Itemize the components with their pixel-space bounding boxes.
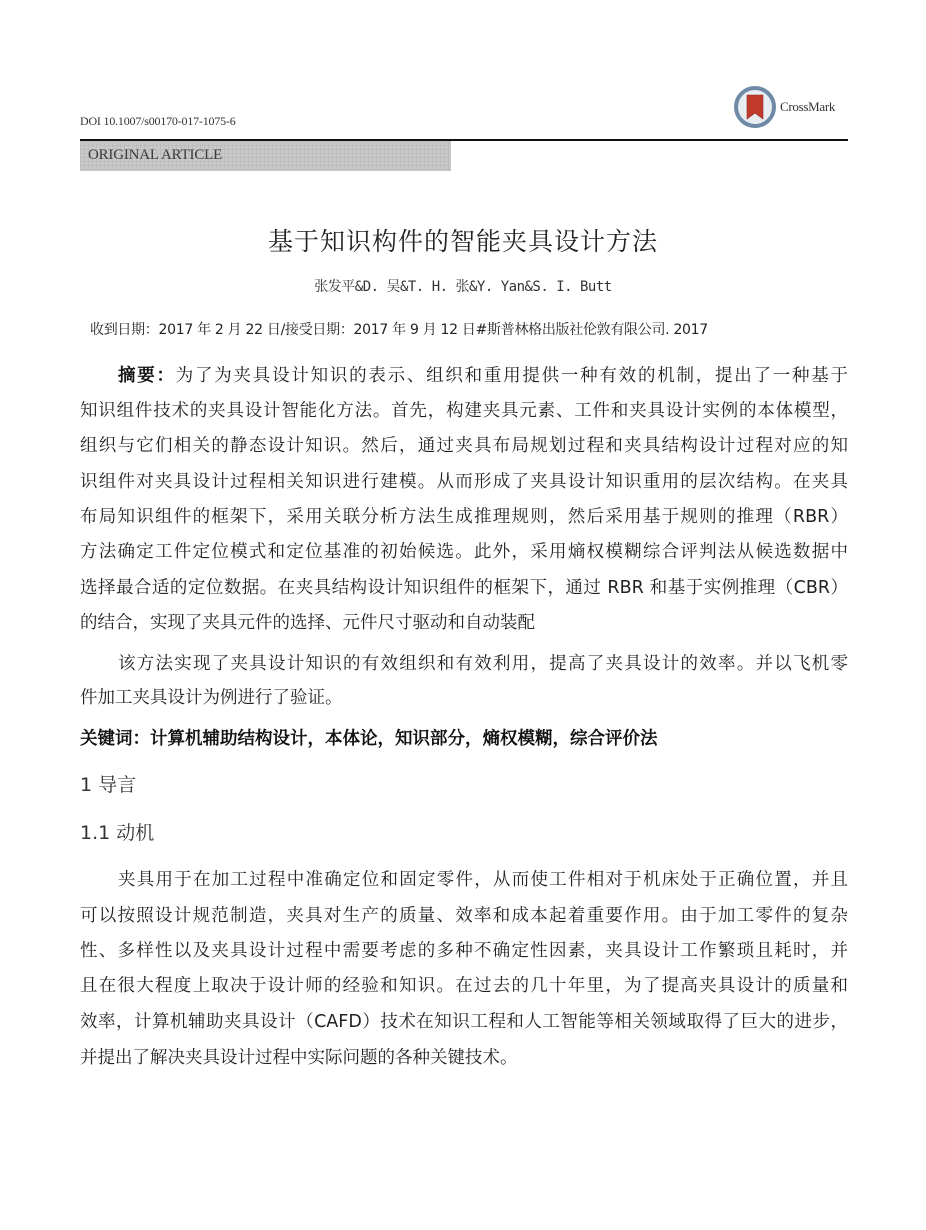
body-line: 可以按照设计规范制造，夹具对生产的质量、效率和成本起着重要作用。由于加工零件的复…	[80, 905, 848, 927]
section-number: 1.1	[80, 822, 110, 844]
section-title: 动机	[116, 822, 154, 844]
abstract-label: 摘要	[118, 366, 157, 386]
section-title: 导言	[98, 774, 136, 796]
abstract-line: 摘要：为了为夹具设计知识的表示、组织和重用提供一种有效的机制，提出了一种基于	[80, 365, 848, 387]
abstract-line: 识组件对夹具设计过程相关知识进行建模。从而形成了夹具设计知识重用的层次结构。在夹…	[80, 471, 848, 493]
abstract-text: 为了为夹具设计知识的表示、组织和重用提供一种有效的机制，提出了一种基于	[176, 366, 848, 386]
keywords-colon: ：	[133, 729, 151, 749]
abstract-line: 布局知识组件的框架下，采用关联分析方法生成推理规则，然后采用基于规则的推理（RB…	[80, 506, 848, 528]
author-list: 张发平&D. 吴&T. H. 张&Y. Yan&S. I. Butt	[0, 276, 926, 296]
body-line: 夹具用于在加工过程中准确定位和固定零件，从而使工件相对于机床处于正确位置，并且	[80, 869, 848, 891]
doi-text: DOI 10.1007/s00170-017-1075-6	[80, 114, 236, 129]
abstract-line: 方法确定工件定位模式和定位基准的初始候选。此外，采用熵权模糊综合评判法从候选数据…	[80, 541, 848, 563]
keywords-text: 计算机辅助结构设计，本体论，知识部分，熵权模糊，综合评价法	[150, 729, 658, 749]
body-line: 且在很大程度上取决于设计师的经验和知识。在过去的几十年里，为了提高夹具设计的质量…	[80, 975, 848, 997]
body-line: 效率，计算机辅助夹具设计（CAFD）技术在知识工程和人工智能等相关领域取得了巨大…	[80, 1011, 848, 1033]
section-heading-introduction: 1 导言	[80, 770, 136, 797]
keywords-label: 关键词	[80, 729, 133, 749]
abstract-line: 的结合，实现了夹具元件的选择、元件尺寸驱动和自动装配	[80, 612, 848, 634]
abstract-line: 件加工夹具设计为例进行了验证。	[80, 687, 848, 709]
abstract-line: 选择最合适的定位数据。在夹具结构设计知识组件的框架下，通过 RBR 和基于实例推…	[80, 577, 848, 599]
crossmark-badge[interactable]: CrossMark	[734, 84, 848, 130]
abstract-line: 组织与它们相关的静态设计知识。然后，通过夹具布局规划过程和夹具结构设计过程对应的…	[80, 435, 848, 457]
crossmark-icon	[734, 86, 776, 128]
section-number: 1	[80, 774, 92, 796]
article-type-banner: ORIGINAL ARTICLE	[80, 141, 451, 171]
body-line: 并提出了解决夹具设计过程中实际问题的各种关键技术。	[80, 1047, 848, 1069]
body-line: 性、多样性以及夹具设计过程中需要考虑的多种不确定性因素，夹具设计工作繁琐且耗时，…	[80, 940, 848, 962]
abstract-line: 该方法实现了夹具设计知识的有效组织和有效利用，提高了夹具设计的效率。并以飞机零	[80, 653, 848, 675]
keywords: 关键词：计算机辅助结构设计，本体论，知识部分，熵权模糊，综合评价法	[80, 728, 848, 750]
abstract-colon: ：	[157, 366, 176, 386]
crossmark-label: CrossMark	[780, 99, 835, 115]
abstract-line: 知识组件技术的夹具设计智能化方法。首先，构建夹具元素、工件和夹具设计实例的本体模…	[80, 400, 848, 422]
paper-title: 基于知识构件的智能夹具设计方法	[0, 222, 926, 258]
section-heading-motivation: 1.1 动机	[80, 818, 154, 845]
received-dates: 收到日期：2017 年 2 月 22 日/接受日期：2017 年 9 月 12 …	[90, 319, 708, 339]
article-type-label: ORIGINAL ARTICLE	[88, 147, 222, 164]
